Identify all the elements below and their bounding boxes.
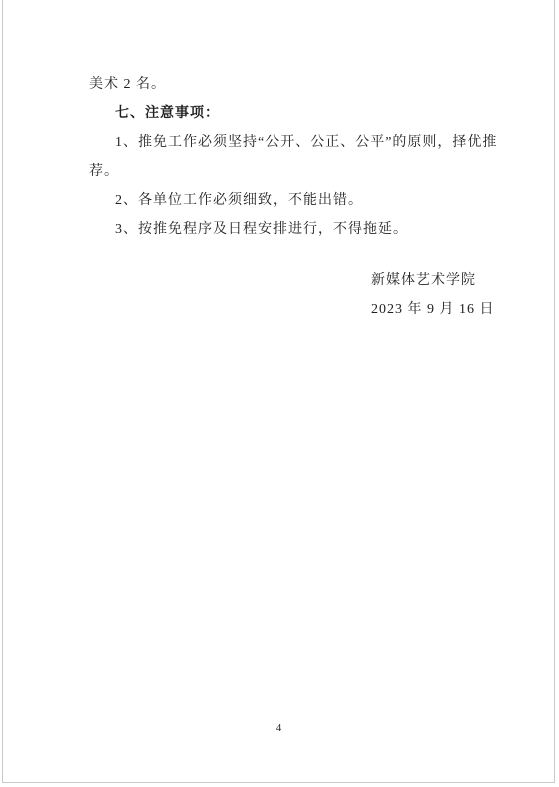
signature-organization: 新媒体艺术学院 <box>371 266 495 295</box>
signature-date: 2023 年 9 月 16 日 <box>371 295 495 324</box>
page-number: 4 <box>3 721 554 735</box>
section-heading: 七、注意事项： <box>89 99 489 128</box>
note-2: 2、各单位工作必须细致，不能出错。 <box>89 186 489 215</box>
note-1-line-1: 1、推免工作必须坚持“公开、公正、公平”的原则，择优推 <box>89 128 489 157</box>
note-3: 3、按推免程序及日程安排进行，不得拖延。 <box>89 215 489 244</box>
document-viewport: 美术 2 名。 七、注意事项： 1、推免工作必须坚持“公开、公正、公平”的原则，… <box>0 0 559 787</box>
carryover-line: 美术 2 名。 <box>89 70 489 99</box>
document-page: 美术 2 名。 七、注意事项： 1、推免工作必须坚持“公开、公正、公平”的原则，… <box>2 0 555 783</box>
page-body: 美术 2 名。 七、注意事项： 1、推免工作必须坚持“公开、公正、公平”的原则，… <box>89 70 489 244</box>
signature-block: 新媒体艺术学院 2023 年 9 月 16 日 <box>371 266 495 324</box>
note-1-line-2: 荐。 <box>89 157 489 186</box>
